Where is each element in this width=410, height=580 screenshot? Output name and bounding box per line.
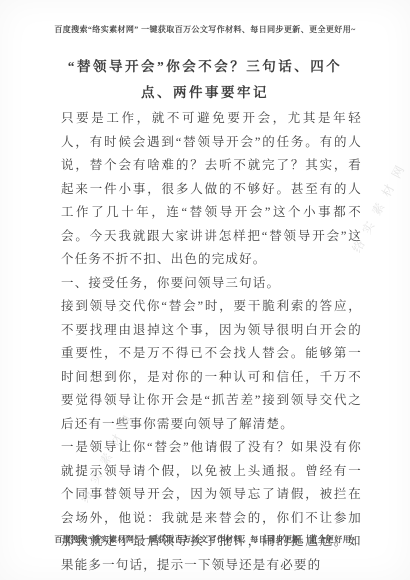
paragraph-accept-task: 接到领导交代你“替会”时，要干脆利索的答应，不要找理由退掉这个事，因为领导很明白… [61,295,362,436]
page-title: “替领导开会”你会不会？三句话、四个点、两件事要牢记 [55,54,355,106]
footer-banner: 百度搜索“络实素材网” 一键获取百万公文写作材料、每日同步更新、更全更好用~ [0,534,410,545]
paragraph-intro: 只要是工作，就不可避免要开会，尤其是年轻人，有时候会遇到“替领导开会”的任务。有… [61,107,362,272]
document-page: 百度搜索“络实素材网” 一键获取百万公文写作材料、每日同步更新、更全更好用~ “… [0,0,410,580]
paragraph-ask-leave: 一是领导让你“替会”他请假了没有？如果没有你就提示领导请个假，以免被上头通报。曾… [61,436,362,577]
document-body: 只要是工作，就不可避免要开会，尤其是年轻人，有时候会遇到“替领导开会”的任务。有… [61,107,362,577]
header-banner: 百度搜索“络实素材网” 一键获取百万公文写作材料、每日同步更新、更全更好用~ [0,24,410,35]
section-heading: 一、接受任务，你要问领导三句话。 [61,272,362,296]
